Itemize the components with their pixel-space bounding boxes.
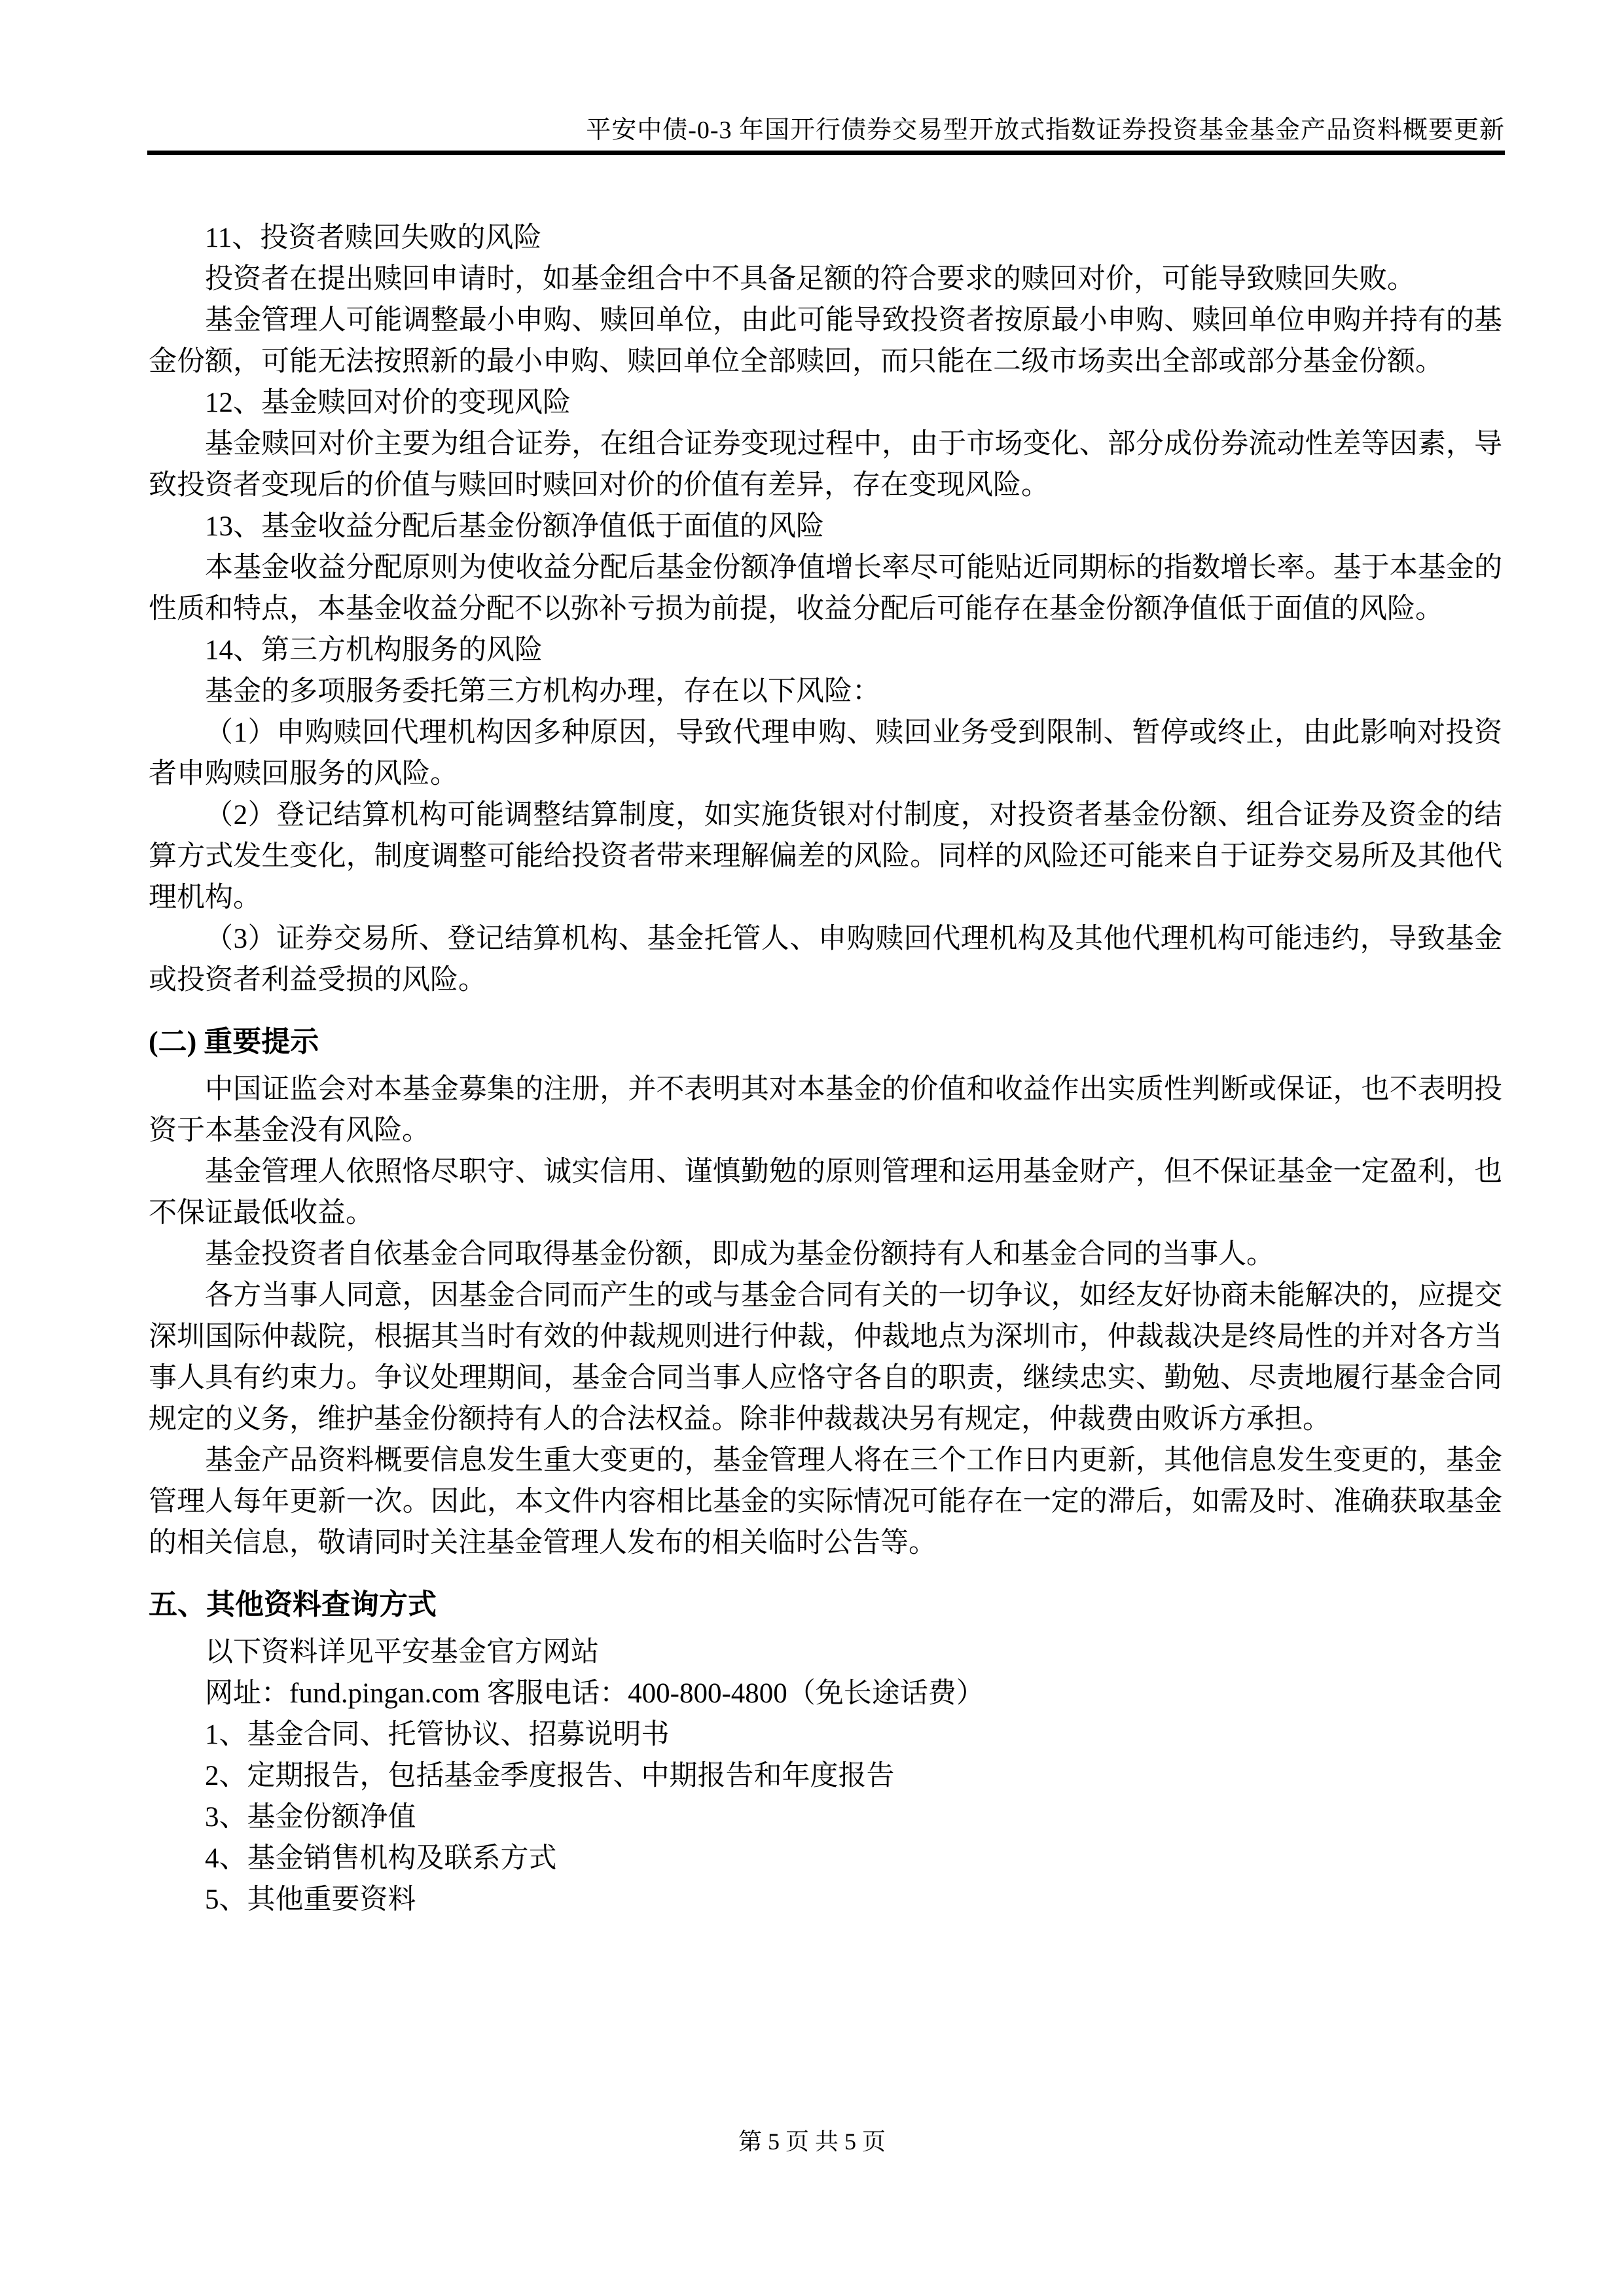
- paragraph: 基金投资者自依基金合同取得基金份额，即成为基金份额持有人和基金合同的当事人。: [149, 1234, 1502, 1275]
- paragraph: 4、基金销售机构及联系方式: [149, 1838, 1502, 1879]
- paragraph: 基金管理人可能调整最小申购、赎回单位，由此可能导致投资者按原最小申购、赎回单位申…: [149, 300, 1502, 382]
- paragraph: （1）申购赎回代理机构因多种原因，导致代理申购、赎回业务受到限制、暂停或终止，由…: [149, 712, 1502, 795]
- document-body: 11、投资者赎回失败的风险投资者在提出赎回申请时，如基金组合中不具备足额的符合要…: [149, 217, 1502, 1920]
- paragraph: 14、第三方机构服务的风险: [149, 630, 1502, 671]
- document-title: 平安中债-0-3 年国开行债券交易型开放式指数证券投资基金基金产品资料概要更新: [147, 115, 1505, 145]
- paragraph: 投资者在提出赎回申请时，如基金组合中不具备足额的符合要求的赎回对价，可能导致赎回…: [149, 259, 1502, 300]
- paragraph: 网址：fund.pingan.com 客服电话：400-800-4800（免长途…: [149, 1673, 1502, 1714]
- section-heading: 五、其他资料查询方式: [149, 1583, 1502, 1626]
- paragraph: 13、基金收益分配后基金份额净值低于面值的风险: [149, 506, 1502, 547]
- header-divider: [147, 151, 1505, 155]
- page-footer: 第 5 页 共 5 页: [0, 2127, 1624, 2156]
- paragraph: （3）证券交易所、登记结算机构、基金托管人、申购赎回代理机构及其他代理机构可能违…: [149, 918, 1502, 1001]
- paragraph: 5、其他重要资料: [149, 1879, 1502, 1920]
- paragraph: （2）登记结算机构可能调整结算制度，如实施货银对付制度，对投资者基金份额、组合证…: [149, 795, 1502, 918]
- paragraph: 3、基金份额净值: [149, 1797, 1502, 1838]
- paragraph: 基金的多项服务委托第三方机构办理，存在以下风险：: [149, 671, 1502, 712]
- section-heading: (二) 重要提示: [149, 1020, 1502, 1064]
- page-number: 第 5 页 共 5 页: [738, 2128, 886, 2155]
- paragraph: 以下资料详见平安基金官方网站: [149, 1632, 1502, 1673]
- paragraph: 基金产品资料概要信息发生重大变更的，基金管理人将在三个工作日内更新，其他信息发生…: [149, 1440, 1502, 1564]
- document-page: 平安中债-0-3 年国开行债券交易型开放式指数证券投资基金基金产品资料概要更新 …: [0, 0, 1624, 2296]
- paragraph: 基金管理人依照恪尽职守、诚实信用、谨慎勤勉的原则管理和运用基金财产，但不保证基金…: [149, 1151, 1502, 1234]
- paragraph: 11、投资者赎回失败的风险: [149, 217, 1502, 259]
- paragraph: 各方当事人同意，因基金合同而产生的或与基金合同有关的一切争议，如经友好协商未能解…: [149, 1275, 1502, 1440]
- paragraph: 本基金收益分配原则为使收益分配后基金份额净值增长率尽可能贴近同期标的指数增长率。…: [149, 547, 1502, 630]
- paragraph: 2、定期报告，包括基金季度报告、中期报告和年度报告: [149, 1755, 1502, 1797]
- paragraph: 1、基金合同、托管协议、招募说明书: [149, 1714, 1502, 1755]
- page-header: 平安中债-0-3 年国开行债券交易型开放式指数证券投资基金基金产品资料概要更新: [147, 0, 1505, 155]
- paragraph: 12、基金赎回对价的变现风险: [149, 382, 1502, 423]
- paragraph: 中国证监会对本基金募集的注册，并不表明其对本基金的价值和收益作出实质性判断或保证…: [149, 1069, 1502, 1151]
- paragraph: 基金赎回对价主要为组合证券，在组合证券变现过程中，由于市场变化、部分成份券流动性…: [149, 423, 1502, 506]
